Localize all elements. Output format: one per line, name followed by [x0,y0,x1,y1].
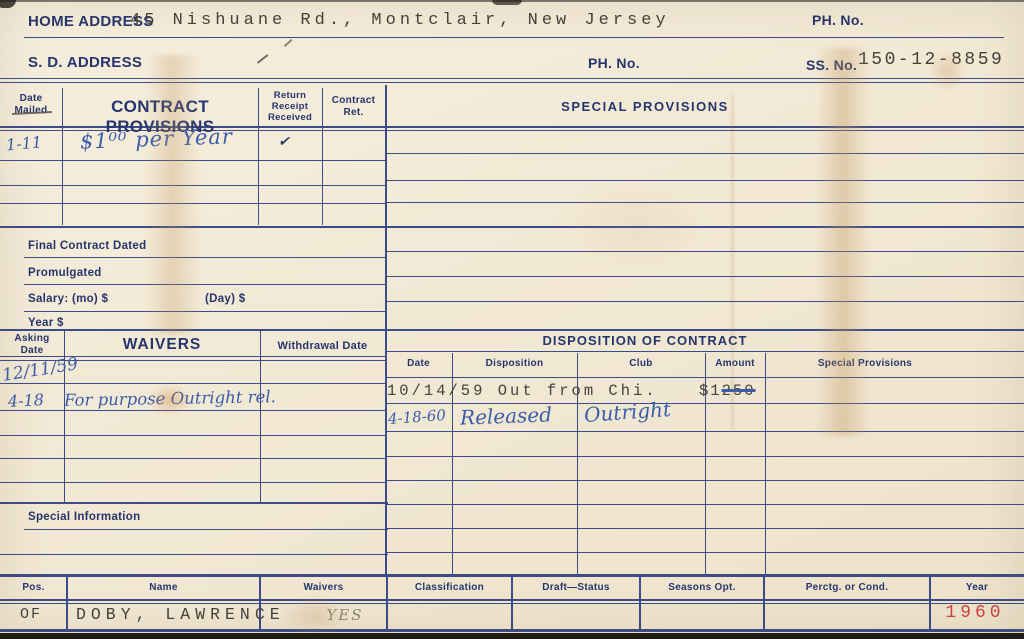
rule-line [0,160,385,161]
rule-line [385,276,1024,277]
hw-waiver-note: For purpose Outright rel. [64,387,276,410]
contract-card: HOME ADDRESS 45 Nishuane Rd., Montclair,… [0,0,1024,639]
rule-line [0,82,1024,83]
hw-disposition-row2-date: 4-18-60 [387,406,446,428]
year-stamp: 1960 [930,603,1020,623]
col-pos: Pos. [0,582,67,593]
rule-line [0,410,385,411]
paper-stain [560,180,710,270]
rule-line [260,331,261,503]
rule-line [0,383,385,384]
rule-line [24,257,385,258]
amount-kept: $1 [699,382,722,400]
ss-no-label: SS. No. [806,57,857,73]
col-name: Name [67,582,260,593]
rule-line [24,284,385,285]
ss-no-value: 150-12-8859 [858,50,1004,70]
rule-line [0,226,1024,228]
col-dispo-club: Club [577,358,705,369]
rule-line [0,554,388,555]
rule-line [385,202,1024,203]
rule-line [765,353,766,575]
typed-disposition-amount: $1250 [699,382,756,400]
rule-line [24,37,1004,38]
col-dispo-disposition: Disposition [452,358,577,369]
rule-line [0,329,1024,331]
salary-year-label: Year $ [28,317,64,329]
col-waivers: WAIVERS [64,336,260,354]
scan-edge-notch [492,0,522,5]
player-position: OF [0,606,62,623]
rule-line [24,529,388,530]
hw-asking-date-2: 4-18 [8,390,45,411]
rule-line [385,85,387,575]
sd-address-label: S. D. ADDRESS [28,54,142,71]
amount-struck: 250 [722,382,756,400]
hw-disposition-row2-club: Outright [583,397,671,427]
rule-line [0,458,385,459]
hw-return-receipt-check: ✔ [278,134,290,150]
rule-line [385,251,1024,252]
ph-no-label-mid: PH. No. [588,55,640,71]
ph-no-label-top: PH. No. [812,12,864,28]
col-dispo-special-provisions: Special Provisions [765,358,965,369]
col-perctg-or-cond: Perctg. or Cond. [764,582,930,593]
salary-day-label: (Day) $ [205,293,245,305]
col-contract-ret: Contract Ret. [322,95,385,119]
col-year: Year [930,582,1024,593]
rule-line [0,435,385,436]
hw-disposition-row2-disposition: Released [460,402,553,429]
rule-line [385,301,1024,302]
special-information-label: Special Information [28,511,140,523]
promulgated-label: Promulgated [28,267,102,279]
hw-contract-provision: $1⁰⁰ per Year [80,124,234,153]
player-name: DOBY, LAWRENCE [76,605,285,624]
rule-line [0,482,385,483]
rule-line [0,502,388,504]
col-classification: Classification [387,582,512,593]
scan-edge-corner [0,0,16,8]
col-return-receipt: Return Receipt Received [258,90,322,124]
col-special-provisions: SPECIAL PROVISIONS [385,99,905,114]
rule-line [24,311,385,312]
rule-line [0,78,1024,79]
typed-disposition-row1: 10/14/59 Out from Chi. [387,382,658,400]
col-draft-status: Draft—Status [512,582,640,593]
hw-waivers-yes: YES [300,606,390,624]
home-address-value: 45 Nishuane Rd., Montclair, New Jersey [130,11,670,30]
salary-mo-label: Salary: (mo) $ [28,293,108,305]
vignette [0,0,1024,639]
final-contract-dated-label: Final Contract Dated [28,240,146,252]
col-withdrawal-date: Withdrawal Date [260,340,385,352]
disposition-title: DISPOSITION OF CONTRACT [385,333,905,348]
rule-line [0,203,385,204]
col-dispo-amount: Amount [705,358,765,369]
col-asking-date: Asking Date [0,333,64,357]
paper-stain [731,95,734,430]
col-dispo-date: Date [385,358,452,369]
col-seasons-opt: Seasons Opt. [640,582,764,593]
pen-slash-mark [257,54,268,63]
col-bottom-waivers: Waivers [260,582,387,593]
rule-line [0,185,385,186]
scan-edge-bottom [0,633,1024,639]
rule-line [385,180,1024,181]
hw-asking-date-1: 12/11/59 [1,354,80,386]
hw-date-mailed: 1-11 [5,132,42,154]
rule-line [385,153,1024,154]
pen-slash-mark [284,39,292,47]
